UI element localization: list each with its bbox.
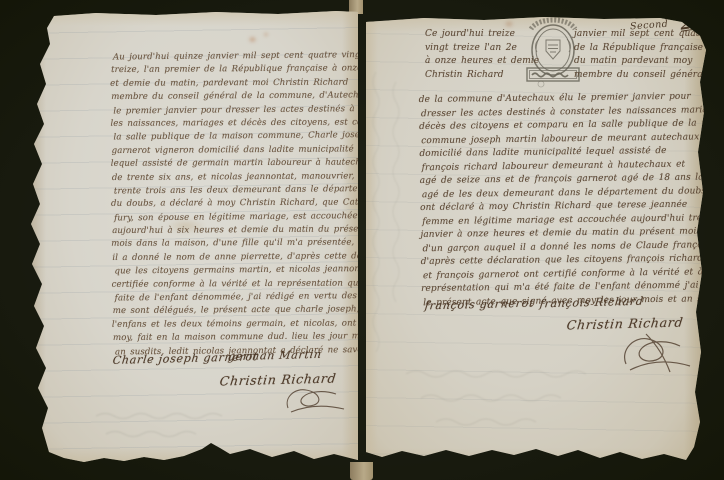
bleed-through-marks-margin [368, 72, 418, 372]
manuscript-line: Ce jourd'hui treize [425, 28, 539, 42]
manuscript-line: janvier mil sept cent quatre [574, 28, 709, 42]
left-page: Au jourd'hui quinze janvier mil sept cen… [16, 8, 358, 470]
right-page: Second 2 Ce jourd'hui treizevingt treize… [364, 12, 710, 474]
signature-francois-garnerot: françois garnerot [424, 297, 535, 313]
signature-francois-richard: françois Richard [539, 295, 644, 311]
binding-edge-bottom [350, 462, 373, 480]
opening-left-column: Ce jourd'hui treizevingt treize l'an 2eà… [425, 28, 539, 82]
signature-german-martin: german Martin [227, 348, 322, 363]
bleed-through-marks-left [96, 408, 316, 448]
ink-speck [263, 32, 269, 37]
manuscript-line: Christin Richard [425, 69, 539, 83]
bleed-through-marks-right [406, 364, 676, 444]
edge-stain [18, 260, 38, 306]
manuscript-line: du matin pardevant moy [574, 55, 709, 69]
ink-speck [248, 36, 257, 43]
manuscript-line: vingt treize l'an 2e [425, 42, 539, 56]
manuscript-line: de la République française [574, 42, 709, 56]
ink-speck [504, 20, 514, 28]
opening-right-column: janvier mil sept cent quatrede la Républ… [574, 28, 709, 82]
manuscript-line: membre du conseil général [574, 69, 709, 83]
right-page-text-block: de la commune d'Autechaux élu le premier… [419, 90, 724, 310]
manuscript-line: à onze heures et demie [425, 55, 539, 69]
archival-manuscript-scan: Au jourd'hui quinze janvier mil sept cen… [0, 0, 724, 480]
